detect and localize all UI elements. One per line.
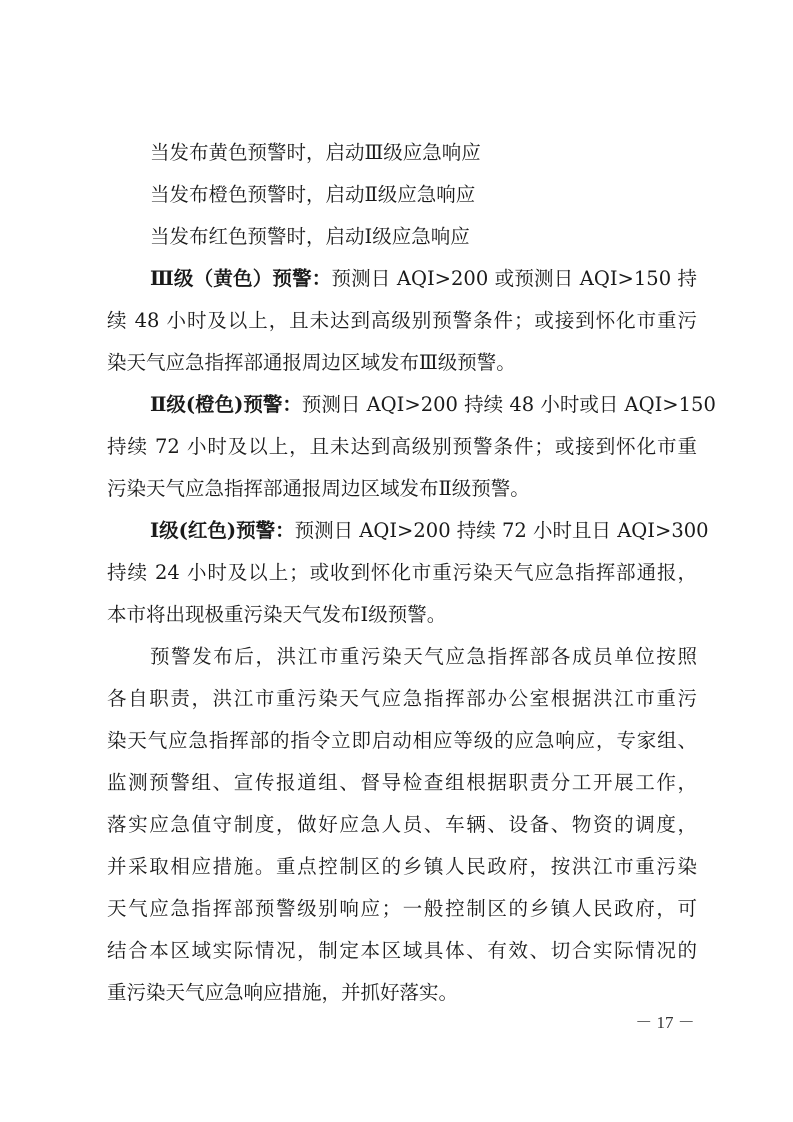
line-text: 天气应急指挥部预警级别响应；一般控制区的乡镇人民政府，可 bbox=[107, 897, 697, 920]
paragraph-line: 染天气应急指挥部的指令立即启动相应等级的应急响应，专家组、 bbox=[107, 726, 697, 756]
paragraph-line: 本市将出现极重污染天气发布Ⅰ级预警。 bbox=[107, 600, 697, 630]
paragraph-line: 监测预警组、宣传报道组、督导检查组根据职责分工开展工作， bbox=[107, 768, 697, 798]
line-text: 预警发布后，洪江市重污染天气应急指挥部各成员单位按照 bbox=[150, 645, 697, 668]
paragraph-line: 持续 24 小时及以上；或收到怀化市重污染天气应急指挥部通报， bbox=[107, 558, 697, 588]
line-text: 当发布黄色预警时，启动Ⅲ级应急响应 bbox=[150, 141, 481, 164]
level2-orange-warning-line: Ⅱ级(橙色)预警：预测日 AQI>200 持续 48 小时或日 AQI>150 bbox=[150, 390, 697, 420]
page-number: － 17 － bbox=[620, 1008, 710, 1033]
document-page: 当发布黄色预警时，启动Ⅲ级应急响应 当发布橙色预警时，启动Ⅱ级应急响应 当发布红… bbox=[0, 0, 793, 1122]
line-text: 预测日 AQI>200 或预测日 AQI>150 持 bbox=[331, 267, 697, 290]
paragraph-line: 续 48 小时及以上，且未达到高级别预警条件；或接到怀化市重污 bbox=[107, 306, 697, 336]
response-yellow-line: 当发布黄色预警时，启动Ⅲ级应急响应 bbox=[150, 138, 697, 168]
paragraph-line: 染天气应急指挥部通报周边区域发布Ⅲ级预警。 bbox=[107, 348, 697, 378]
level3-heading: Ⅲ级（黄色）预警： bbox=[150, 267, 331, 290]
line-text: 当发布橙色预警时，启动Ⅱ级应急响应 bbox=[150, 183, 475, 206]
paragraph-line: 结合本区域实际情况，制定本区域具体、有效、切合实际情况的 bbox=[107, 936, 697, 966]
paragraph-line: 重污染天气应急响应措施，并抓好落实。 bbox=[107, 978, 697, 1008]
paragraph-line: 各自职责，洪江市重污染天气应急指挥部办公室根据洪江市重污 bbox=[107, 684, 697, 714]
paragraph-line: 持续 72 小时及以上，且未达到高级别预警条件；或接到怀化市重 bbox=[107, 432, 697, 462]
line-text: 本市将出现极重污染天气发布Ⅰ级预警。 bbox=[107, 603, 446, 626]
level1-heading: Ⅰ级(红色)预警： bbox=[150, 519, 295, 542]
level3-yellow-warning-line: Ⅲ级（黄色）预警：预测日 AQI>200 或预测日 AQI>150 持 bbox=[150, 264, 697, 294]
line-text: 落实应急值守制度，做好应急人员、车辆、设备、物资的调度， bbox=[107, 813, 697, 836]
line-text: 结合本区域实际情况，制定本区域具体、有效、切合实际情况的 bbox=[107, 939, 697, 962]
response-orange-line: 当发布橙色预警时，启动Ⅱ级应急响应 bbox=[150, 180, 697, 210]
line-text: 预测日 AQI>200 持续 72 小时且日 AQI>300 bbox=[295, 519, 709, 542]
line-text: 重污染天气应急响应措施，并抓好落实。 bbox=[107, 981, 458, 1004]
response-paragraph-line: 预警发布后，洪江市重污染天气应急指挥部各成员单位按照 bbox=[150, 642, 697, 672]
line-text: 监测预警组、宣传报道组、督导检查组根据职责分工开展工作， bbox=[107, 771, 697, 794]
paragraph-line: 并采取相应措施。重点控制区的乡镇人民政府，按洪江市重污染 bbox=[107, 852, 697, 882]
line-text: 持续 72 小时及以上，且未达到高级别预警条件；或接到怀化市重 bbox=[107, 435, 697, 458]
line-text: 染天气应急指挥部的指令立即启动相应等级的应急响应，专家组、 bbox=[107, 729, 697, 752]
line-text: 续 48 小时及以上，且未达到高级别预警条件；或接到怀化市重污 bbox=[107, 309, 697, 332]
line-text: 染天气应急指挥部通报周边区域发布Ⅲ级预警。 bbox=[107, 351, 516, 374]
level1-red-warning-line: Ⅰ级(红色)预警：预测日 AQI>200 持续 72 小时且日 AQI>300 bbox=[150, 516, 697, 546]
line-text: 预测日 AQI>200 持续 48 小时或日 AQI>150 bbox=[302, 393, 716, 416]
paragraph-line: 污染天气应急指挥部通报周边区域发布Ⅱ级预警。 bbox=[107, 474, 697, 504]
level2-heading: Ⅱ级(橙色)预警： bbox=[150, 393, 302, 416]
paragraph-line: 天气应急指挥部预警级别响应；一般控制区的乡镇人民政府，可 bbox=[107, 894, 697, 924]
line-text: 污染天气应急指挥部通报周边区域发布Ⅱ级预警。 bbox=[107, 477, 530, 500]
line-text: 当发布红色预警时，启动Ⅰ级应急响应 bbox=[150, 225, 470, 248]
response-red-line: 当发布红色预警时，启动Ⅰ级应急响应 bbox=[150, 222, 697, 252]
paragraph-line: 落实应急值守制度，做好应急人员、车辆、设备、物资的调度， bbox=[107, 810, 697, 840]
line-text: 各自职责，洪江市重污染天气应急指挥部办公室根据洪江市重污 bbox=[107, 687, 697, 710]
line-text: 并采取相应措施。重点控制区的乡镇人民政府，按洪江市重污染 bbox=[107, 855, 697, 878]
line-text: 持续 24 小时及以上；或收到怀化市重污染天气应急指挥部通报， bbox=[107, 561, 697, 584]
